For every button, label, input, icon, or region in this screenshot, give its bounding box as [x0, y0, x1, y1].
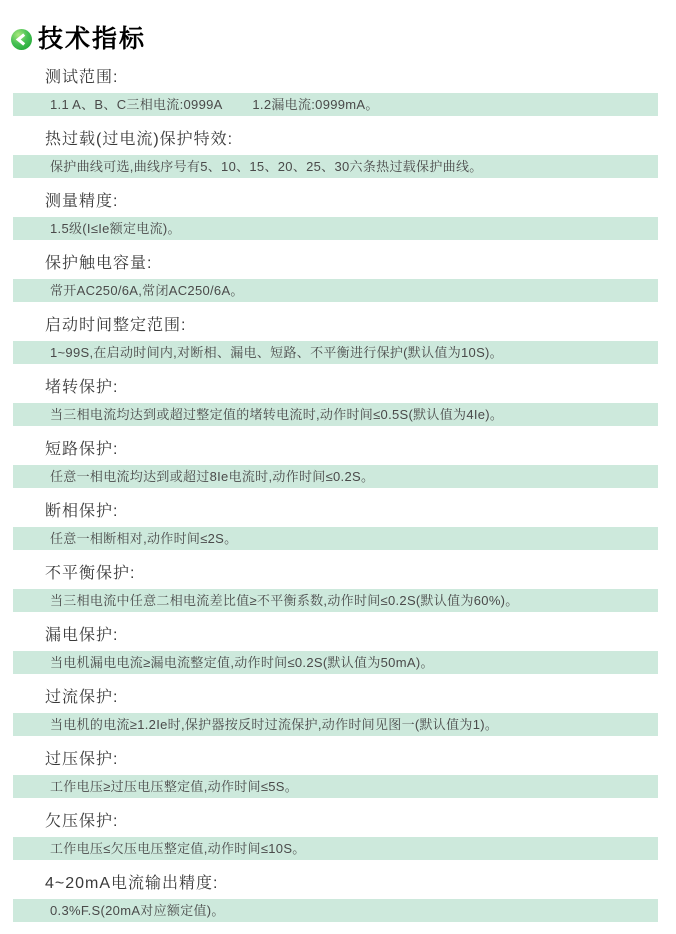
section-value-band: 0.3%F.S(20mA对应额定值)。: [13, 899, 658, 922]
section-heading: 测量精度:: [45, 192, 676, 212]
spec-section: 测试范围: 1.1 A、B、C三相电流:0999A 1.2漏电流:0999mA。: [0, 68, 676, 116]
section-heading: 漏电保护:: [45, 626, 676, 646]
section-value-band: 保护曲线可选,曲线序号有5、10、15、20、25、30六条热过载保护曲线。: [13, 155, 658, 178]
back-chevron-icon: [11, 29, 32, 50]
spec-sections-list: 测试范围: 1.1 A、B、C三相电流:0999A 1.2漏电流:0999mA。…: [0, 68, 676, 922]
section-value-band: 任意一相断相对,动作时间≤2S。: [13, 527, 658, 550]
section-heading: 启动时间整定范围:: [45, 316, 676, 336]
spec-section: 漏电保护: 当电机漏电电流≥漏电流整定值,动作时间≤0.2S(默认值为50mA)…: [0, 626, 676, 674]
spec-section: 4~20mA电流输出精度: 0.3%F.S(20mA对应额定值)。: [0, 874, 676, 922]
spec-section: 热过载(过电流)保护特效: 保护曲线可选,曲线序号有5、10、15、20、25、…: [0, 130, 676, 178]
section-value-band: 1.1 A、B、C三相电流:0999A 1.2漏电流:0999mA。: [13, 93, 658, 116]
spec-section: 测量精度: 1.5级(I≤Ie额定电流)。: [0, 192, 676, 240]
section-heading: 堵转保护:: [45, 378, 676, 398]
section-value-band: 1~99S,在启动时间内,对断相、漏电、短路、不平衡进行保护(默认值为10S)。: [13, 341, 658, 364]
section-value-band: 工作电压≤欠压电压整定值,动作时间≤10S。: [13, 837, 658, 860]
section-heading: 保护触电容量:: [45, 254, 676, 274]
page-title: 技术指标: [38, 25, 146, 53]
section-value-band: 工作电压≥过压电压整定值,动作时间≤5S。: [13, 775, 658, 798]
section-value-band: 当电机漏电电流≥漏电流整定值,动作时间≤0.2S(默认值为50mA)。: [13, 651, 658, 674]
spec-section: 启动时间整定范围: 1~99S,在启动时间内,对断相、漏电、短路、不平衡进行保护…: [0, 316, 676, 364]
section-value-band: 当电机的电流≥1.2Ie时,保护器按反时过流保护,动作时间见图一(默认值为1)。: [13, 713, 658, 736]
section-heading: 测试范围:: [45, 68, 676, 88]
spec-section: 欠压保护: 工作电压≤欠压电压整定值,动作时间≤10S。: [0, 812, 676, 860]
page-header: 技术指标: [0, 0, 676, 53]
spec-section: 短路保护: 任意一相电流均达到或超过8Ie电流时,动作时间≤0.2S。: [0, 440, 676, 488]
section-heading: 过流保护:: [45, 688, 676, 708]
spec-section: 不平衡保护: 当三相电流中任意二相电流差比值≥不平衡系数,动作时间≤0.2S(默…: [0, 564, 676, 612]
spec-section: 断相保护: 任意一相断相对,动作时间≤2S。: [0, 502, 676, 550]
spec-section: 过流保护: 当电机的电流≥1.2Ie时,保护器按反时过流保护,动作时间见图一(默…: [0, 688, 676, 736]
section-value-band: 常开AC250/6A,常闭AC250/6A。: [13, 279, 658, 302]
spec-section: 堵转保护: 当三相电流均达到或超过整定值的堵转电流时,动作时间≤0.5S(默认值…: [0, 378, 676, 426]
section-heading: 4~20mA电流输出精度:: [45, 874, 676, 894]
spec-section: 保护触电容量: 常开AC250/6A,常闭AC250/6A。: [0, 254, 676, 302]
section-heading: 断相保护:: [45, 502, 676, 522]
section-heading: 过压保护:: [45, 750, 676, 770]
section-heading: 热过载(过电流)保护特效:: [45, 130, 676, 150]
section-value-band: 当三相电流中任意二相电流差比值≥不平衡系数,动作时间≤0.2S(默认值为60%)…: [13, 589, 658, 612]
spec-section: 过压保护: 工作电压≥过压电压整定值,动作时间≤5S。: [0, 750, 676, 798]
section-value-band: 任意一相电流均达到或超过8Ie电流时,动作时间≤0.2S。: [13, 465, 658, 488]
section-value-band: 1.5级(I≤Ie额定电流)。: [13, 217, 658, 240]
section-heading: 欠压保护:: [45, 812, 676, 832]
section-value-band: 当三相电流均达到或超过整定值的堵转电流时,动作时间≤0.5S(默认值为4Ie)。: [13, 403, 658, 426]
section-heading: 不平衡保护:: [45, 564, 676, 584]
section-heading: 短路保护:: [45, 440, 676, 460]
